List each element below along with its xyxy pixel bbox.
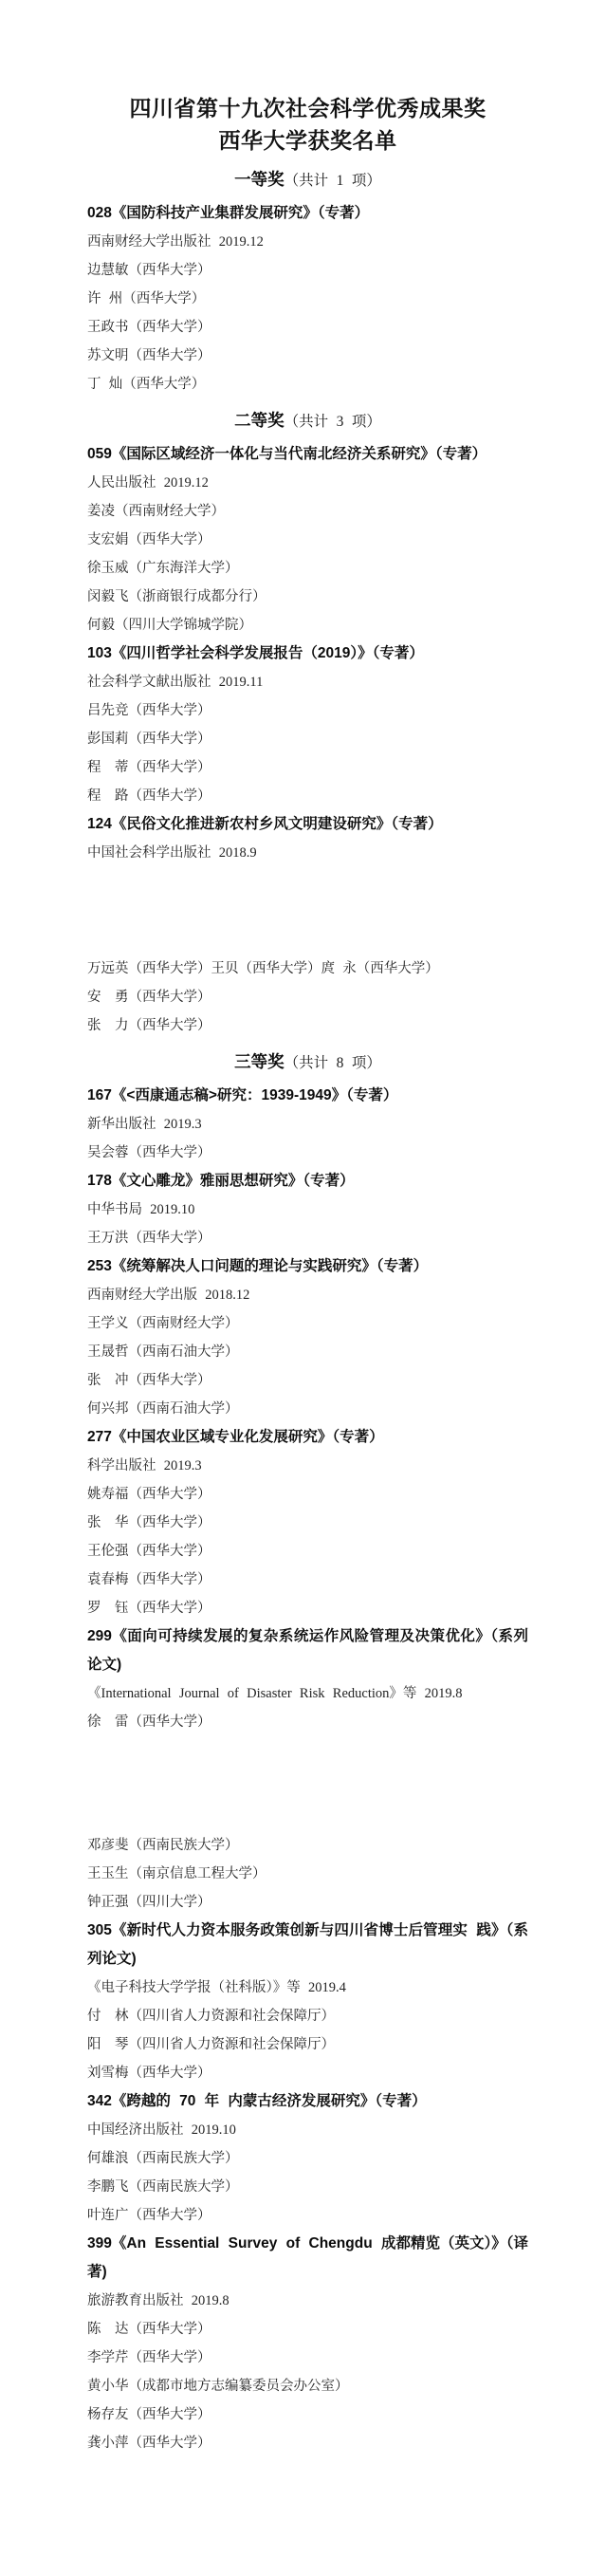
item-title-line: 103《四川哲学社会科学发展报告（2019）》（专著） bbox=[87, 639, 528, 668]
author-line: 王伦强（西华大学） bbox=[87, 1537, 528, 1566]
award-count-note: （共计 8 项） bbox=[285, 1055, 381, 1071]
item-title-line: 277《中国农业区域专业化发展研究》（专著） bbox=[87, 1423, 528, 1452]
publisher-line: 西南财经大学出版社 2019.12 bbox=[87, 228, 528, 256]
award-count-note: （共计 3 项） bbox=[285, 414, 381, 430]
author-line: 钟正强（四川大学） bbox=[87, 1888, 528, 1917]
publisher-line: 中华书局 2019.10 bbox=[87, 1195, 528, 1224]
award-level-heading: 一等奖（共计 1 项） bbox=[59, 165, 557, 195]
author-line: 李鹏飞（西南民族大学） bbox=[87, 2173, 528, 2201]
author-line: 闵毅飞（浙商银行成都分行） bbox=[87, 583, 528, 611]
publisher-line: 《International Journal of Disaster Risk … bbox=[87, 1679, 528, 1708]
publisher-line: 旅游教育出版社 2019.8 bbox=[87, 2287, 528, 2315]
award-level-heading: 三等奖（共计 8 项） bbox=[59, 1047, 557, 1078]
award-level-label: 一等奖 bbox=[234, 170, 285, 189]
item-title-line: 167《<西康通志稿>研究：1939-1949》（专著） bbox=[87, 1082, 528, 1110]
author-line: 刘雪梅（西华大学） bbox=[87, 2059, 528, 2087]
author-line: 王学义（西南财经大学） bbox=[87, 1309, 528, 1338]
publisher-line: 新华出版社 2019.3 bbox=[87, 1110, 528, 1139]
award-level-label: 二等奖 bbox=[234, 411, 285, 430]
publisher-line: 中国经济出版社 2019.10 bbox=[87, 2116, 528, 2144]
author-line: 徐玉威（广东海洋大学） bbox=[87, 554, 528, 583]
author-line: 丁 灿（西华大学） bbox=[87, 370, 528, 398]
author-line: 袁春梅（西华大学） bbox=[87, 1566, 528, 1594]
author-line: 龚小萍（西华大学） bbox=[87, 2429, 528, 2457]
award-level-label: 三等奖 bbox=[234, 1052, 285, 1071]
item-title-line: 305《新时代人力资本服务政策创新与四川省博士后管理实 践》（系列论文) bbox=[87, 1917, 528, 1974]
item-title-line: 342《跨越的 70 年 内蒙古经济发展研究》（专著） bbox=[87, 2087, 528, 2116]
author-line: 张 力（西华大学） bbox=[87, 1011, 528, 1040]
author-line: 罗 钰（西华大学） bbox=[87, 1594, 528, 1622]
award-count-note: （共计 1 项） bbox=[285, 173, 381, 189]
author-line: 杨存友（西华大学） bbox=[87, 2400, 528, 2429]
author-line: 程 路（西华大学） bbox=[87, 782, 528, 810]
publisher-line: 人民出版社 2019.12 bbox=[87, 469, 528, 497]
author-line: 许 州（西华大学） bbox=[87, 285, 528, 313]
author-line: 付 林（四川省人力资源和社会保障厅） bbox=[87, 2002, 528, 2030]
document-page: 四川省第十九次社会科学优秀成果奖 西华大学获奖名单 一等奖（共计 1 项）028… bbox=[0, 0, 606, 2576]
author-line: 万远英（西华大学）王贝（西华大学）庹 永（西华大学） bbox=[87, 954, 528, 983]
author-line: 何毅（四川大学锦城学院） bbox=[87, 611, 528, 639]
document-title-line1: 四川省第十九次社会科学优秀成果奖 bbox=[59, 93, 557, 125]
publisher-line: 科学出版社 2019.3 bbox=[87, 1452, 528, 1480]
author-line: 边慧敏（西华大学） bbox=[87, 256, 528, 285]
author-line: 叶连广（西华大学） bbox=[87, 2201, 528, 2230]
publisher-line: 社会科学文献出版社 2019.11 bbox=[87, 668, 528, 696]
document-title-line2: 西华大学获奖名单 bbox=[59, 125, 557, 158]
item-title-line: 124《民俗文化推进新农村乡风文明建设研究》（专著） bbox=[87, 810, 528, 839]
author-line: 支宏娟（西华大学） bbox=[87, 526, 528, 554]
author-line: 阳 琴（四川省人力资源和社会保障厅） bbox=[87, 2030, 528, 2059]
author-line: 苏文明（西华大学） bbox=[87, 342, 528, 370]
author-line: 王晟哲（西南石油大学） bbox=[87, 1338, 528, 1366]
author-line: 李学芹（西华大学） bbox=[87, 2344, 528, 2372]
author-line: 安 勇（西华大学） bbox=[87, 983, 528, 1011]
author-line: 王政书（西华大学） bbox=[87, 313, 528, 342]
author-line: 吴会蓉（西华大学） bbox=[87, 1139, 528, 1167]
author-line: 姚寿福（西华大学） bbox=[87, 1480, 528, 1509]
item-title-line: 178《文心雕龙》雅丽思想研究》（专著） bbox=[87, 1167, 528, 1195]
author-line: 吕先竞（西华大学） bbox=[87, 696, 528, 725]
publisher-line: 中国社会科学出版社 2018.9 bbox=[87, 839, 528, 867]
item-title-line: 059《国际区域经济一体化与当代南北经济关系研究》（专著） bbox=[87, 440, 528, 469]
author-line: 何雄浪（西南民族大学） bbox=[87, 2144, 528, 2173]
author-line: 程 蒂（西华大学） bbox=[87, 753, 528, 782]
author-line: 王玉生（南京信息工程大学） bbox=[87, 1860, 528, 1888]
author-line: 张 华（西华大学） bbox=[87, 1509, 528, 1537]
page-break-gap bbox=[87, 867, 528, 954]
item-title-line: 028《国防科技产业集群发展研究》（专著） bbox=[87, 199, 528, 228]
author-line: 张 冲（西华大学） bbox=[87, 1366, 528, 1395]
author-line: 黄小华（成都市地方志编纂委员会办公室） bbox=[87, 2372, 528, 2400]
author-line: 彭国莉（西华大学） bbox=[87, 725, 528, 753]
author-line: 邓彦斐（西南民族大学） bbox=[87, 1831, 528, 1860]
author-line: 陈 达（西华大学） bbox=[87, 2315, 528, 2344]
author-line: 王万洪（西华大学） bbox=[87, 1224, 528, 1252]
author-line: 徐 雷（西华大学） bbox=[87, 1708, 528, 1736]
publisher-line: 《电子科技大学学报（社科版）》等 2019.4 bbox=[87, 1974, 528, 2002]
item-title-line: 399《An Essential Survey of Chengdu 成都精览（… bbox=[87, 2230, 528, 2287]
item-title-line: 253《统筹解决人口问题的理论与实践研究》（专著） bbox=[87, 1252, 528, 1281]
award-sections: 一等奖（共计 1 项）028《国防科技产业集群发展研究》（专著）西南财经大学出版… bbox=[87, 165, 528, 2457]
author-line: 何兴邦（西南石油大学） bbox=[87, 1395, 528, 1423]
item-title-line: 299《面向可持续发展的复杂系统运作风险管理及决策优化》（系列论文) bbox=[87, 1622, 528, 1679]
page-break-gap bbox=[87, 1736, 528, 1831]
author-line: 姜凌（西南财经大学） bbox=[87, 497, 528, 526]
publisher-line: 西南财经大学出版 2018.12 bbox=[87, 1281, 528, 1309]
award-level-heading: 二等奖（共计 3 项） bbox=[59, 406, 557, 436]
